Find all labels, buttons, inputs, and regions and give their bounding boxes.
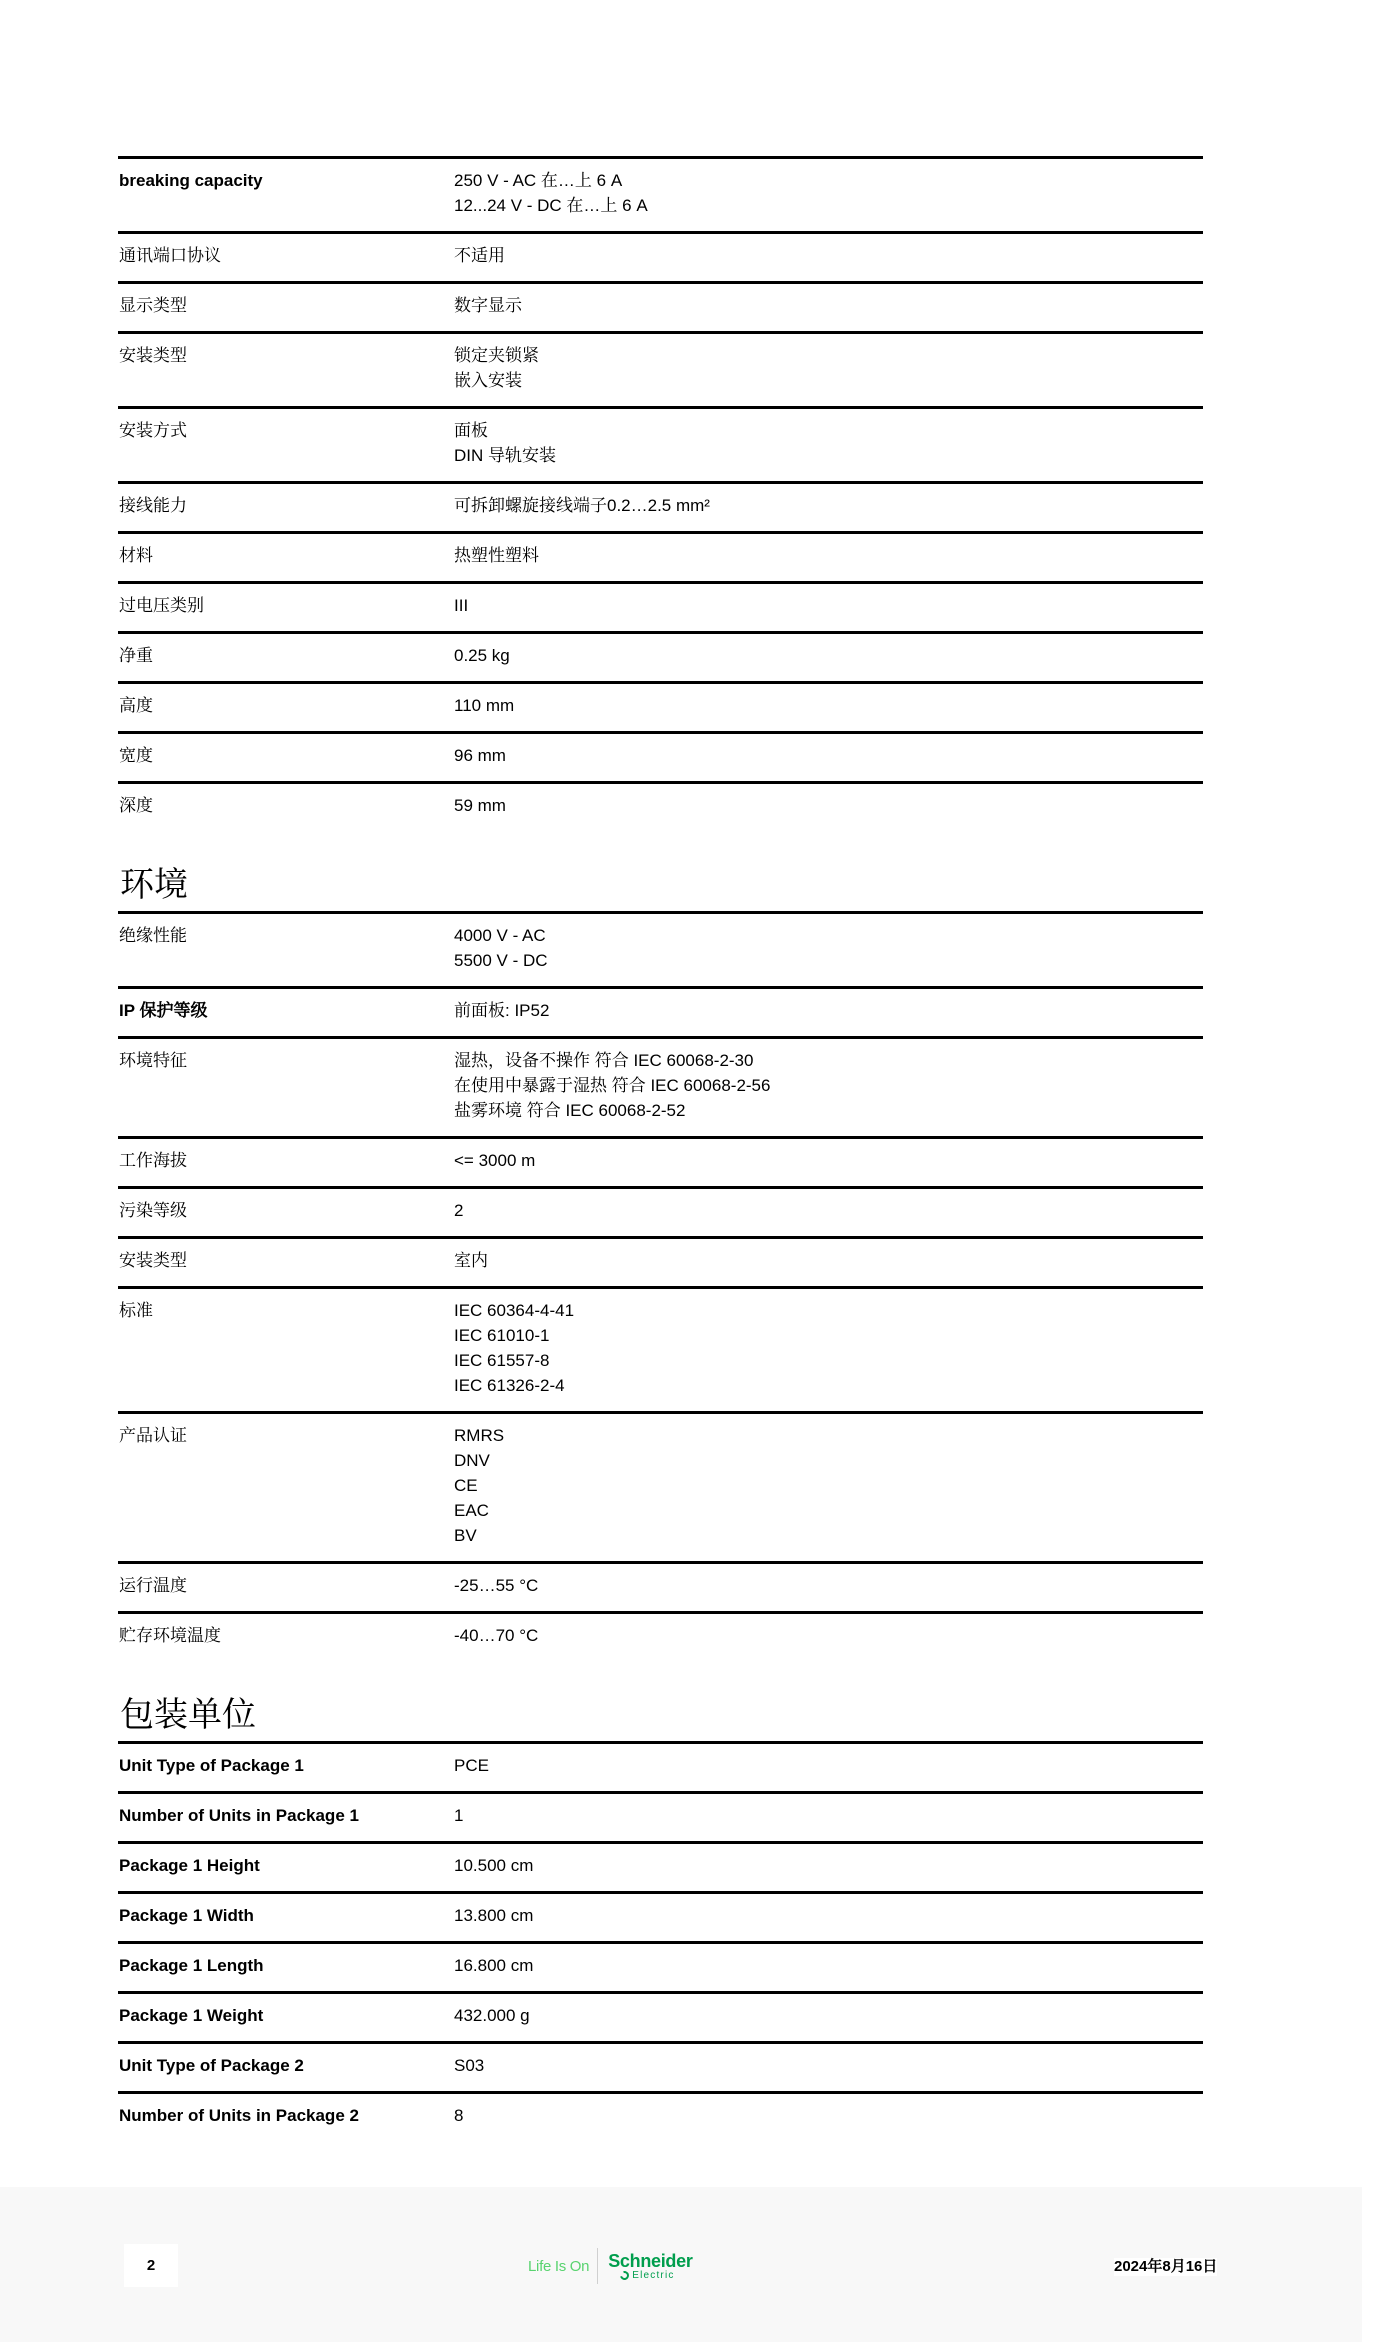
spec-label: 安装方式 <box>118 418 454 468</box>
spec-value: 湿热，设备不操作 符合 IEC 60068-2-30在使用中暴露于湿热 符合 I… <box>454 1048 1203 1123</box>
spec-value-line: IEC 61557-8 <box>454 1348 1203 1373</box>
spec-value-line: CE <box>454 1473 1203 1498</box>
spec-section: 环境绝缘性能4000 V - AC5500 V - DCIP 保护等级前面板: … <box>118 831 1203 1661</box>
spec-row: Number of Units in Package 11 <box>118 1791 1203 1841</box>
spec-row: 工作海拔<= 3000 m <box>118 1136 1203 1186</box>
spec-label: Package 1 Weight <box>118 2003 454 2028</box>
spec-value-line: 12...24 V - DC 在…上 6 A <box>454 193 1203 218</box>
spec-value-line: 432.000 g <box>454 2003 1203 2028</box>
spec-value-line: 0.25 kg <box>454 643 1203 668</box>
spec-label: Number of Units in Package 1 <box>118 1803 454 1828</box>
spec-row: 安装类型室内 <box>118 1236 1203 1286</box>
spec-value-line: 59 mm <box>454 793 1203 818</box>
spec-label: 安装类型 <box>118 1248 454 1273</box>
spec-value: PCE <box>454 1753 1203 1778</box>
spec-row: IP 保护等级前面板: IP52 <box>118 986 1203 1036</box>
spec-value: III <box>454 593 1203 618</box>
spec-value-line: 5500 V - DC <box>454 948 1203 973</box>
section-title: 环境 <box>118 831 1203 911</box>
spec-row: Package 1 Width13.800 cm <box>118 1891 1203 1941</box>
spec-value-line: III <box>454 593 1203 618</box>
spec-value-line: 面板 <box>454 418 1203 443</box>
spec-value-line: 96 mm <box>454 743 1203 768</box>
logo-divider <box>597 2248 598 2284</box>
spec-label: 贮存环境温度 <box>118 1623 454 1648</box>
spec-row: 安装方式面板DIN 导轨安装 <box>118 406 1203 481</box>
spec-value-line: 10.500 cm <box>454 1853 1203 1878</box>
spec-label: 接线能力 <box>118 493 454 518</box>
spec-label: 工作海拔 <box>118 1148 454 1173</box>
spec-value: S03 <box>454 2053 1203 2078</box>
spec-row: 显示类型数字显示 <box>118 281 1203 331</box>
spec-value: 锁定夹锁紧嵌入安装 <box>454 343 1203 393</box>
spec-row: 标准IEC 60364-4-41IEC 61010-1IEC 61557-8IE… <box>118 1286 1203 1411</box>
spec-row: 材料热塑性塑料 <box>118 531 1203 581</box>
spec-row: 贮存环境温度-40…70 °C <box>118 1611 1203 1661</box>
spec-value: 13.800 cm <box>454 1903 1203 1928</box>
spec-value: 10.500 cm <box>454 1853 1203 1878</box>
spec-row: Package 1 Height10.500 cm <box>118 1841 1203 1891</box>
spec-label: 过电压类别 <box>118 593 454 618</box>
spec-row: Package 1 Length16.800 cm <box>118 1941 1203 1991</box>
spec-section: breaking capacity250 V - AC 在…上 6 A12...… <box>118 156 1203 831</box>
spec-label: 环境特征 <box>118 1048 454 1123</box>
spec-label: 显示类型 <box>118 293 454 318</box>
spec-value-line: IEC 61010-1 <box>454 1323 1203 1348</box>
spec-value: 8 <box>454 2103 1203 2128</box>
spec-value: <= 3000 m <box>454 1148 1203 1173</box>
spec-value: 16.800 cm <box>454 1953 1203 1978</box>
spec-row: 深度59 mm <box>118 781 1203 831</box>
spec-value-line: 8 <box>454 2103 1203 2128</box>
spec-label: Number of Units in Package 2 <box>118 2103 454 2128</box>
section-title: 包装单位 <box>118 1661 1203 1741</box>
spec-label: 产品认证 <box>118 1423 454 1548</box>
spec-value-line: DNV <box>454 1448 1203 1473</box>
spec-label: 深度 <box>118 793 454 818</box>
spec-label: Unit Type of Package 1 <box>118 1753 454 1778</box>
spec-value-line: 嵌入安装 <box>454 368 1203 393</box>
spec-row: 接线能力可拆卸螺旋接线端子0.2…2.5 mm² <box>118 481 1203 531</box>
brand: Schneider Electric <box>608 2252 692 2281</box>
spec-value-line: <= 3000 m <box>454 1148 1203 1173</box>
spec-label: 宽度 <box>118 743 454 768</box>
spec-value: 0.25 kg <box>454 643 1203 668</box>
spec-row: 安装类型锁定夹锁紧嵌入安装 <box>118 331 1203 406</box>
spec-value-line: -25…55 °C <box>454 1573 1203 1598</box>
spec-section: 包装单位Unit Type of Package 1PCENumber of U… <box>118 1661 1203 2141</box>
spec-row: 环境特征湿热，设备不操作 符合 IEC 60068-2-30在使用中暴露于湿热 … <box>118 1036 1203 1136</box>
spec-value-line: 湿热，设备不操作 符合 IEC 60068-2-30 <box>454 1048 1203 1073</box>
spec-value-line: 250 V - AC 在…上 6 A <box>454 168 1203 193</box>
spec-label: breaking capacity <box>118 168 454 218</box>
spec-label: 通讯端口协议 <box>118 243 454 268</box>
spec-value: 250 V - AC 在…上 6 A12...24 V - DC 在…上 6 A <box>454 168 1203 218</box>
spec-value-line: IEC 61326-2-4 <box>454 1373 1203 1398</box>
spec-value: 可拆卸螺旋接线端子0.2…2.5 mm² <box>454 493 1203 518</box>
spec-row: breaking capacity250 V - AC 在…上 6 A12...… <box>118 156 1203 231</box>
document-date: 2024年8月16日 <box>1114 2258 1217 2276</box>
spec-row: 产品认证RMRSDNVCEEACBV <box>118 1411 1203 1561</box>
brand-sub: Electric <box>620 2271 692 2281</box>
spec-value-line: BV <box>454 1523 1203 1548</box>
spec-value-line: 不适用 <box>454 243 1203 268</box>
spec-row: 绝缘性能4000 V - AC5500 V - DC <box>118 911 1203 986</box>
brand-sub-text: Electric <box>632 2271 674 2281</box>
spec-row: Number of Units in Package 28 <box>118 2091 1203 2141</box>
spec-value-line: 110 mm <box>454 693 1203 718</box>
schneider-logo: Life Is On Schneider Electric <box>528 2248 693 2284</box>
spec-value-line: -40…70 °C <box>454 1623 1203 1648</box>
spec-value: 热塑性塑料 <box>454 543 1203 568</box>
spec-row: 净重0.25 kg <box>118 631 1203 681</box>
spec-value-line: 热塑性塑料 <box>454 543 1203 568</box>
spec-value: 96 mm <box>454 743 1203 768</box>
spec-label: Unit Type of Package 2 <box>118 2053 454 2078</box>
spec-row: 污染等级2 <box>118 1186 1203 1236</box>
spec-value-line: 数字显示 <box>454 293 1203 318</box>
swirl-icon <box>619 2269 631 2281</box>
spec-value: 不适用 <box>454 243 1203 268</box>
spec-value: 2 <box>454 1198 1203 1223</box>
spec-value: 432.000 g <box>454 2003 1203 2028</box>
spec-row: 过电压类别III <box>118 581 1203 631</box>
spec-row: 运行温度-25…55 °C <box>118 1561 1203 1611</box>
spec-value-line: RMRS <box>454 1423 1203 1448</box>
spec-value-line: 可拆卸螺旋接线端子0.2…2.5 mm² <box>454 493 1203 518</box>
spec-value: 面板DIN 导轨安装 <box>454 418 1203 468</box>
spec-value: 前面板: IP52 <box>454 998 1203 1023</box>
spec-row: 通讯端口协议不适用 <box>118 231 1203 281</box>
spec-row: Package 1 Weight432.000 g <box>118 1991 1203 2041</box>
spec-value: -40…70 °C <box>454 1623 1203 1648</box>
spec-row: Unit Type of Package 2S03 <box>118 2041 1203 2091</box>
spec-value: 1 <box>454 1803 1203 1828</box>
spec-value-line: PCE <box>454 1753 1203 1778</box>
spec-value: 4000 V - AC5500 V - DC <box>454 923 1203 973</box>
spec-row: Unit Type of Package 1PCE <box>118 1741 1203 1791</box>
spec-value: 室内 <box>454 1248 1203 1273</box>
spec-label: 材料 <box>118 543 454 568</box>
spec-value: 数字显示 <box>454 293 1203 318</box>
spec-label: 高度 <box>118 693 454 718</box>
spec-value-line: 在使用中暴露于湿热 符合 IEC 60068-2-56 <box>454 1073 1203 1098</box>
spec-value-line: 16.800 cm <box>454 1953 1203 1978</box>
spec-value-line: S03 <box>454 2053 1203 2078</box>
spec-document: breaking capacity250 V - AC 在…上 6 A12...… <box>118 156 1203 2141</box>
spec-label: IP 保护等级 <box>118 998 454 1023</box>
spec-label: 污染等级 <box>118 1198 454 1223</box>
spec-value-line: IEC 60364-4-41 <box>454 1298 1203 1323</box>
spec-label: 绝缘性能 <box>118 923 454 973</box>
spec-value-line: 2 <box>454 1198 1203 1223</box>
spec-row: 宽度96 mm <box>118 731 1203 781</box>
tagline: Life Is On <box>528 2258 589 2275</box>
spec-label: Package 1 Height <box>118 1853 454 1878</box>
spec-value-line: 13.800 cm <box>454 1903 1203 1928</box>
spec-value-line: 室内 <box>454 1248 1203 1273</box>
spec-value: 59 mm <box>454 793 1203 818</box>
spec-label: 标准 <box>118 1298 454 1398</box>
spec-value-line: 1 <box>454 1803 1203 1828</box>
spec-label: Package 1 Length <box>118 1953 454 1978</box>
spec-value-line: EAC <box>454 1498 1203 1523</box>
spec-value-line: 盐雾环境 符合 IEC 60068-2-52 <box>454 1098 1203 1123</box>
spec-label: Package 1 Width <box>118 1903 454 1928</box>
spec-value-line: 4000 V - AC <box>454 923 1203 948</box>
spec-label: 安装类型 <box>118 343 454 393</box>
spec-value: RMRSDNVCEEACBV <box>454 1423 1203 1548</box>
spec-value-line: 锁定夹锁紧 <box>454 343 1203 368</box>
spec-value: 110 mm <box>454 693 1203 718</box>
spec-value-line: 前面板: IP52 <box>454 998 1203 1023</box>
spec-value: IEC 60364-4-41IEC 61010-1IEC 61557-8IEC … <box>454 1298 1203 1398</box>
spec-value-line: DIN 导轨安装 <box>454 443 1203 468</box>
page-footer: 2 Life Is On Schneider Electric 2024年8月1… <box>0 2187 1362 2342</box>
brand-name: Schneider <box>608 2252 692 2270</box>
spec-label: 净重 <box>118 643 454 668</box>
spec-label: 运行温度 <box>118 1573 454 1598</box>
page-number: 2 <box>124 2244 178 2287</box>
spec-row: 高度110 mm <box>118 681 1203 731</box>
spec-value: -25…55 °C <box>454 1573 1203 1598</box>
